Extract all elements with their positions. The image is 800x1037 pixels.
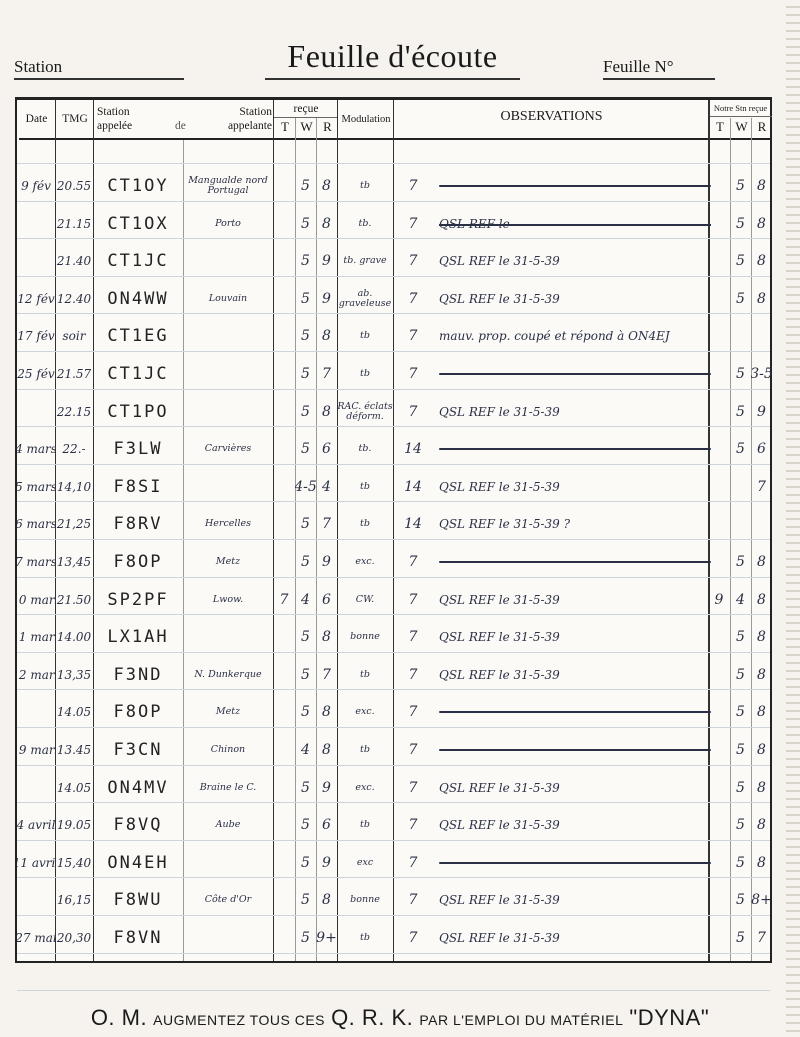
- cell-calling-station: N. Dunkerque: [183, 660, 273, 690]
- cell-our-r: [751, 509, 772, 539]
- cell-calling-station: Hercelles: [183, 509, 273, 539]
- cell-our-t: [708, 472, 730, 502]
- table-row: 9 fév20.55CT1OYMangualde nord Portugal58…: [17, 167, 770, 204]
- cell-modulation: tb: [337, 359, 393, 389]
- cell-called-station: F8SI: [93, 472, 183, 502]
- table-row: 5 mars14,10F8SI4-54tb14QSL REF le 31-5-3…: [17, 468, 770, 505]
- table-row: 12 mars13,35F3NDN. Dunkerque57tb7QSL REF…: [17, 656, 770, 693]
- table-row: 12 fév12.40ON4WWLouvain59ab. graveleuse7…: [17, 280, 770, 317]
- cell-called-station: ON4WW: [93, 284, 183, 314]
- cell-our-w: 5: [730, 735, 751, 765]
- cell-tmg: 14.00: [55, 622, 93, 652]
- cell-called-station: SP2PF: [93, 585, 183, 615]
- cell-w: 5: [295, 284, 316, 314]
- cell-tmg: 16,15: [55, 885, 93, 915]
- cell-date: 4 mars: [17, 434, 55, 464]
- cell-observations: QSL REF le 31-5-39: [435, 923, 711, 953]
- cell-our-t: [708, 284, 730, 314]
- cell-t: [273, 509, 295, 539]
- cell-our-t: [708, 923, 730, 953]
- cell-calling-station: Aube: [183, 810, 273, 840]
- cell-r: 9: [316, 547, 337, 577]
- cell-calling-station: Lwow.: [183, 585, 273, 615]
- cell-our-w: 5: [730, 885, 751, 915]
- cell-calling-station: Braine le C.: [183, 773, 273, 803]
- cell-r: 8: [316, 735, 337, 765]
- cell-our-w: [730, 472, 751, 502]
- cell-observations: [435, 434, 711, 464]
- cell-r: 9: [316, 246, 337, 276]
- cell-band: 14: [395, 434, 431, 464]
- cell-date: 27 mai: [17, 923, 55, 953]
- col-called-station-1: Station: [97, 106, 130, 119]
- footer-qrk: Q. R. K.: [331, 1005, 413, 1030]
- cell-w: 5: [295, 773, 316, 803]
- cell-observations: [435, 848, 711, 878]
- cell-date: [17, 885, 55, 915]
- cell-calling-station: Metz: [183, 697, 273, 727]
- cell-our-r: 7: [751, 472, 772, 502]
- cell-t: [273, 547, 295, 577]
- cell-t: [273, 848, 295, 878]
- cell-r: 8: [316, 697, 337, 727]
- cell-tmg: 20.55: [55, 171, 93, 201]
- cell-our-t: [708, 321, 730, 351]
- cell-our-w: 5: [730, 359, 751, 389]
- title-underline: [265, 78, 520, 80]
- cell-called-station: CT1OY: [93, 171, 183, 201]
- cell-our-t: [708, 434, 730, 464]
- cell-our-r: 8: [751, 735, 772, 765]
- cell-tmg: 15,40: [55, 848, 93, 878]
- strike-line: [439, 373, 711, 375]
- cell-observations: [435, 735, 711, 765]
- station-label: Station: [14, 57, 62, 77]
- table-row: 21.15CT1OXPorto58tb.7QSL REF le58: [17, 205, 770, 242]
- col-received: reçue: [274, 103, 338, 116]
- cell-tmg: 13,45: [55, 547, 93, 577]
- cell-called-station: CT1EG: [93, 321, 183, 351]
- cell-our-t: [708, 848, 730, 878]
- strike-line: [439, 749, 711, 751]
- cell-our-r: 3-5: [751, 359, 772, 389]
- cell-tmg: 21.57: [55, 359, 93, 389]
- ruling-line: [17, 990, 770, 991]
- cell-observations: QSL REF le 31-5-39 ?: [435, 509, 711, 539]
- listening-log-table: Date TMG Station appelée de Station appe…: [15, 97, 772, 963]
- cell-w: 5: [295, 547, 316, 577]
- cell-observations: [435, 547, 711, 577]
- cell-t: [273, 321, 295, 351]
- cell-our-r: 7: [751, 923, 772, 953]
- cell-w: 5: [295, 209, 316, 239]
- col-t: T: [274, 120, 296, 133]
- cell-w: 5: [295, 848, 316, 878]
- cell-tmg: 12.40: [55, 284, 93, 314]
- cell-tmg: 14.05: [55, 773, 93, 803]
- cell-r: 7: [316, 509, 337, 539]
- cell-date: 11 avril: [17, 848, 55, 878]
- cell-modulation: exc.: [337, 773, 393, 803]
- cell-calling-station: Chinon: [183, 735, 273, 765]
- cell-observations: QSL REF le 31-5-39: [435, 397, 711, 427]
- cell-modulation: tb: [337, 171, 393, 201]
- cell-our-w: 5: [730, 697, 751, 727]
- cell-modulation: tb: [337, 735, 393, 765]
- cell-band: 7: [395, 923, 431, 953]
- cell-tmg: 14.05: [55, 697, 93, 727]
- cell-date: 11 mars: [17, 622, 55, 652]
- our-received-divider: [709, 116, 772, 117]
- cell-calling-station: [183, 397, 273, 427]
- cell-w: 4-5: [295, 472, 316, 502]
- cell-our-w: 5: [730, 622, 751, 652]
- cell-modulation: bonne: [337, 885, 393, 915]
- cell-calling-station: [183, 848, 273, 878]
- cell-t: [273, 171, 295, 201]
- cell-band: 7: [395, 246, 431, 276]
- col-de: de: [175, 120, 186, 133]
- cell-tmg: 21.50: [55, 585, 93, 615]
- footer-om: O. M.: [91, 1005, 147, 1030]
- cell-observations: QSL REF le: [435, 209, 711, 239]
- cell-our-w: 5: [730, 171, 751, 201]
- cell-called-station: F8WU: [93, 885, 183, 915]
- table-row: 22.15CT1PO58RAC. éclats déform.7QSL REF …: [17, 393, 770, 430]
- cell-band: 7: [395, 321, 431, 351]
- col-observations: OBSERVATIONS: [394, 110, 709, 123]
- station-field-line[interactable]: [14, 78, 184, 80]
- cell-our-r: 8+: [751, 885, 772, 915]
- cell-band: 14: [395, 509, 431, 539]
- cell-t: [273, 472, 295, 502]
- perforated-edge: [786, 0, 800, 1037]
- cell-our-w: [730, 321, 751, 351]
- table-row: 16,15F8WUCôte d'Or58bonne7QSL REF le 31-…: [17, 881, 770, 918]
- col-our-w: W: [731, 120, 752, 133]
- cell-date: 25 fév: [17, 359, 55, 389]
- cell-our-w: 5: [730, 848, 751, 878]
- cell-date: 4 avril: [17, 810, 55, 840]
- cell-r: 8: [316, 321, 337, 351]
- cell-observations: QSL REF le 31-5-39: [435, 472, 711, 502]
- cell-t: [273, 246, 295, 276]
- cell-our-w: 5: [730, 246, 751, 276]
- cell-calling-station: [183, 321, 273, 351]
- cell-calling-station: [183, 359, 273, 389]
- cell-date: 10 mars: [17, 585, 55, 615]
- cell-called-station: CT1JC: [93, 359, 183, 389]
- cell-modulation: tb: [337, 660, 393, 690]
- cell-r: 9+: [316, 923, 337, 953]
- cell-r: 8: [316, 622, 337, 652]
- cell-t: [273, 885, 295, 915]
- cell-t: [273, 660, 295, 690]
- table-row: 4 avril19.05F8VQAube56tb7QSL REF le 31-5…: [17, 806, 770, 843]
- cell-r: 9: [316, 773, 337, 803]
- cell-observations: mauv. prop. coupé et répond à ON4EJ: [435, 321, 711, 351]
- cell-band: 7: [395, 735, 431, 765]
- struck-observation: QSL REF le: [439, 217, 510, 231]
- strike-line: [439, 862, 711, 864]
- cell-our-w: 5: [730, 547, 751, 577]
- cell-t: [273, 209, 295, 239]
- cell-our-r: 8: [751, 622, 772, 652]
- col-called-station-2: appelée: [97, 120, 132, 133]
- cell-our-t: [708, 171, 730, 201]
- cell-t: [273, 697, 295, 727]
- sheet-number-field-line[interactable]: [603, 78, 715, 80]
- cell-date: [17, 246, 55, 276]
- sheet-number-label: Feuille N°: [603, 57, 674, 77]
- cell-t: [273, 773, 295, 803]
- cell-date: [17, 209, 55, 239]
- cell-date: 7 mars: [17, 547, 55, 577]
- footer-text-2: PAR L'EMPLOI DU MATÉRIEL: [419, 1012, 623, 1028]
- cell-band: 7: [395, 397, 431, 427]
- cell-w: 5: [295, 434, 316, 464]
- table-row: 10 mars21.50SP2PFLwow.746CW.7QSL REF le …: [17, 581, 770, 618]
- cell-our-r: 8: [751, 547, 772, 577]
- strike-line: [439, 711, 711, 713]
- cell-tmg: 13.45: [55, 735, 93, 765]
- cell-band: 7: [395, 697, 431, 727]
- cell-t: [273, 359, 295, 389]
- cell-w: 5: [295, 171, 316, 201]
- cell-band: 7: [395, 547, 431, 577]
- cell-w: 5: [295, 810, 316, 840]
- cell-date: 19 mars: [17, 735, 55, 765]
- cell-modulation: exc: [337, 848, 393, 878]
- cell-our-w: [730, 509, 751, 539]
- cell-calling-station: Côte d'Or: [183, 885, 273, 915]
- cell-t: [273, 735, 295, 765]
- cell-our-t: [708, 735, 730, 765]
- table-row: 21.40CT1JC59tb. grave7QSL REF le 31-5-39…: [17, 242, 770, 279]
- cell-date: [17, 697, 55, 727]
- cell-our-w: 5: [730, 810, 751, 840]
- page-title: Feuille d'écoute: [265, 38, 520, 75]
- cell-observations: QSL REF le 31-5-39: [435, 660, 711, 690]
- cell-our-w: 5: [730, 284, 751, 314]
- col-r: R: [317, 120, 338, 133]
- cell-our-r: 8: [751, 246, 772, 276]
- table-row: 4 mars22.-F3LWCarvières56tb.1456: [17, 430, 770, 467]
- cell-r: 9: [316, 284, 337, 314]
- cell-w: 5: [295, 923, 316, 953]
- cell-band: 7: [395, 885, 431, 915]
- cell-w: 5: [295, 509, 316, 539]
- cell-our-r: 8: [751, 773, 772, 803]
- cell-tmg: 21.15: [55, 209, 93, 239]
- cell-t: [273, 434, 295, 464]
- table-row: 11 avril15,40ON4EH59exc758: [17, 844, 770, 881]
- cell-our-r: 8: [751, 209, 772, 239]
- cell-band: 7: [395, 848, 431, 878]
- ruling-line: [17, 163, 770, 164]
- cell-tmg: 20,30: [55, 923, 93, 953]
- cell-our-r: 9: [751, 397, 772, 427]
- cell-calling-station: Louvain: [183, 284, 273, 314]
- cell-date: 12 mars: [17, 660, 55, 690]
- cell-observations: QSL REF le 31-5-39: [435, 284, 711, 314]
- cell-observations: QSL REF le 31-5-39: [435, 622, 711, 652]
- cell-our-r: 8: [751, 848, 772, 878]
- cell-our-r: 8: [751, 585, 772, 615]
- col-w: W: [296, 120, 317, 133]
- cell-tmg: 22.15: [55, 397, 93, 427]
- col-our-r: R: [752, 120, 772, 133]
- cell-observations: QSL REF le 31-5-39: [435, 246, 711, 276]
- cell-our-t: [708, 697, 730, 727]
- cell-w: 5: [295, 246, 316, 276]
- received-divider: [274, 117, 338, 118]
- cell-w: 4: [295, 585, 316, 615]
- cell-modulation: exc.: [337, 547, 393, 577]
- table-row: 14.05F8OPMetz58exc.758: [17, 693, 770, 730]
- col-modulation: Modulation: [338, 113, 394, 126]
- cell-band: 14: [395, 472, 431, 502]
- cell-our-w: 5: [730, 209, 751, 239]
- cell-our-w: 5: [730, 397, 751, 427]
- cell-called-station: ON4EH: [93, 848, 183, 878]
- cell-w: 5: [295, 321, 316, 351]
- cell-our-t: [708, 773, 730, 803]
- cell-w: 4: [295, 735, 316, 765]
- table-row: 7 mars13,45F8OPMetz59exc.758: [17, 543, 770, 580]
- cell-called-station: F8OP: [93, 547, 183, 577]
- cell-w: 5: [295, 660, 316, 690]
- table-row: 11 mars14.00LX1AH58bonne7QSL REF le 31-5…: [17, 618, 770, 655]
- cell-modulation: tb. grave: [337, 246, 393, 276]
- header-rule: [19, 138, 772, 140]
- cell-modulation: tb: [337, 923, 393, 953]
- cell-called-station: F3CN: [93, 735, 183, 765]
- cell-observations: [435, 359, 711, 389]
- cell-called-station: CT1PO: [93, 397, 183, 427]
- cell-band: 7: [395, 810, 431, 840]
- cell-w: 5: [295, 397, 316, 427]
- cell-our-t: [708, 885, 730, 915]
- cell-our-w: 5: [730, 773, 751, 803]
- cell-tmg: 14,10: [55, 472, 93, 502]
- cell-our-t: [708, 246, 730, 276]
- table-row: 17 févsoirCT1EG58tb7mauv. prop. coupé et…: [17, 317, 770, 354]
- cell-called-station: F3LW: [93, 434, 183, 464]
- cell-our-r: 8: [751, 697, 772, 727]
- cell-our-t: [708, 209, 730, 239]
- col-tmg: TMG: [56, 113, 94, 126]
- cell-tmg: 13,35: [55, 660, 93, 690]
- col-calling-station-2: appelante: [212, 120, 272, 133]
- cell-observations: [435, 697, 711, 727]
- cell-r: 6: [316, 810, 337, 840]
- footer-advert: O. M. AUGMENTEZ TOUS CES Q. R. K. PAR L'…: [0, 1005, 800, 1031]
- cell-date: 9 fév: [17, 171, 55, 201]
- cell-called-station: F8OP: [93, 697, 183, 727]
- cell-date: [17, 397, 55, 427]
- cell-r: 8: [316, 885, 337, 915]
- cell-called-station: F3ND: [93, 660, 183, 690]
- cell-date: 6 mars: [17, 509, 55, 539]
- cell-r: 7: [316, 359, 337, 389]
- cell-t: [273, 810, 295, 840]
- cell-our-t: [708, 622, 730, 652]
- cell-calling-station: [183, 246, 273, 276]
- cell-our-r: 8: [751, 284, 772, 314]
- cell-observations: QSL REF le 31-5-39: [435, 885, 711, 915]
- cell-our-t: [708, 660, 730, 690]
- cell-our-w: 5: [730, 660, 751, 690]
- cell-w: 5: [295, 697, 316, 727]
- table-row: 19 mars13.45F3CNChinon48tb758: [17, 731, 770, 768]
- cell-observations: QSL REF le 31-5-39: [435, 810, 711, 840]
- cell-date: 5 mars: [17, 472, 55, 502]
- cell-w: 5: [295, 359, 316, 389]
- cell-modulation: bonne: [337, 622, 393, 652]
- cell-band: 7: [395, 284, 431, 314]
- cell-modulation: tb: [337, 472, 393, 502]
- cell-tmg: 22.-: [55, 434, 93, 464]
- cell-w: 5: [295, 622, 316, 652]
- cell-r: 7: [316, 660, 337, 690]
- cell-tmg: soir: [55, 321, 93, 351]
- cell-date: 17 fév: [17, 321, 55, 351]
- cell-our-r: 8: [751, 171, 772, 201]
- cell-observations: [435, 171, 711, 201]
- cell-modulation: tb: [337, 509, 393, 539]
- cell-r: 9: [316, 848, 337, 878]
- cell-our-w: 5: [730, 434, 751, 464]
- cell-our-r: [751, 321, 772, 351]
- cell-r: 6: [316, 434, 337, 464]
- cell-modulation: tb: [337, 321, 393, 351]
- cell-band: 7: [395, 773, 431, 803]
- cell-r: 6: [316, 585, 337, 615]
- cell-modulation: tb.: [337, 434, 393, 464]
- cell-tmg: 21.40: [55, 246, 93, 276]
- col-calling-station-1: Station: [220, 106, 272, 119]
- col-date: Date: [17, 113, 56, 126]
- table-row: 27 mai20,30F8VN59+tb7QSL REF le 31-5-395…: [17, 919, 770, 956]
- cell-date: 12 fév: [17, 284, 55, 314]
- cell-tmg: 19.05: [55, 810, 93, 840]
- cell-called-station: ON4MV: [93, 773, 183, 803]
- cell-our-r: 6: [751, 434, 772, 464]
- cell-t: 7: [273, 585, 295, 615]
- cell-called-station: F8VN: [93, 923, 183, 953]
- cell-our-w: 5: [730, 923, 751, 953]
- cell-our-t: [708, 547, 730, 577]
- cell-our-t: [708, 509, 730, 539]
- cell-band: 7: [395, 622, 431, 652]
- cell-date: [17, 773, 55, 803]
- cell-called-station: LX1AH: [93, 622, 183, 652]
- cell-w: 5: [295, 885, 316, 915]
- cell-band: 7: [395, 585, 431, 615]
- cell-t: [273, 397, 295, 427]
- cell-r: 4: [316, 472, 337, 502]
- cell-calling-station: [183, 923, 273, 953]
- cell-called-station: F8VQ: [93, 810, 183, 840]
- cell-our-t: [708, 397, 730, 427]
- cell-observations: QSL REF le 31-5-39: [435, 585, 711, 615]
- cell-band: 7: [395, 359, 431, 389]
- col-our-t: T: [709, 120, 731, 133]
- cell-r: 8: [316, 171, 337, 201]
- cell-our-r: 8: [751, 810, 772, 840]
- footer-text-1: AUGMENTEZ TOUS CES: [153, 1012, 325, 1028]
